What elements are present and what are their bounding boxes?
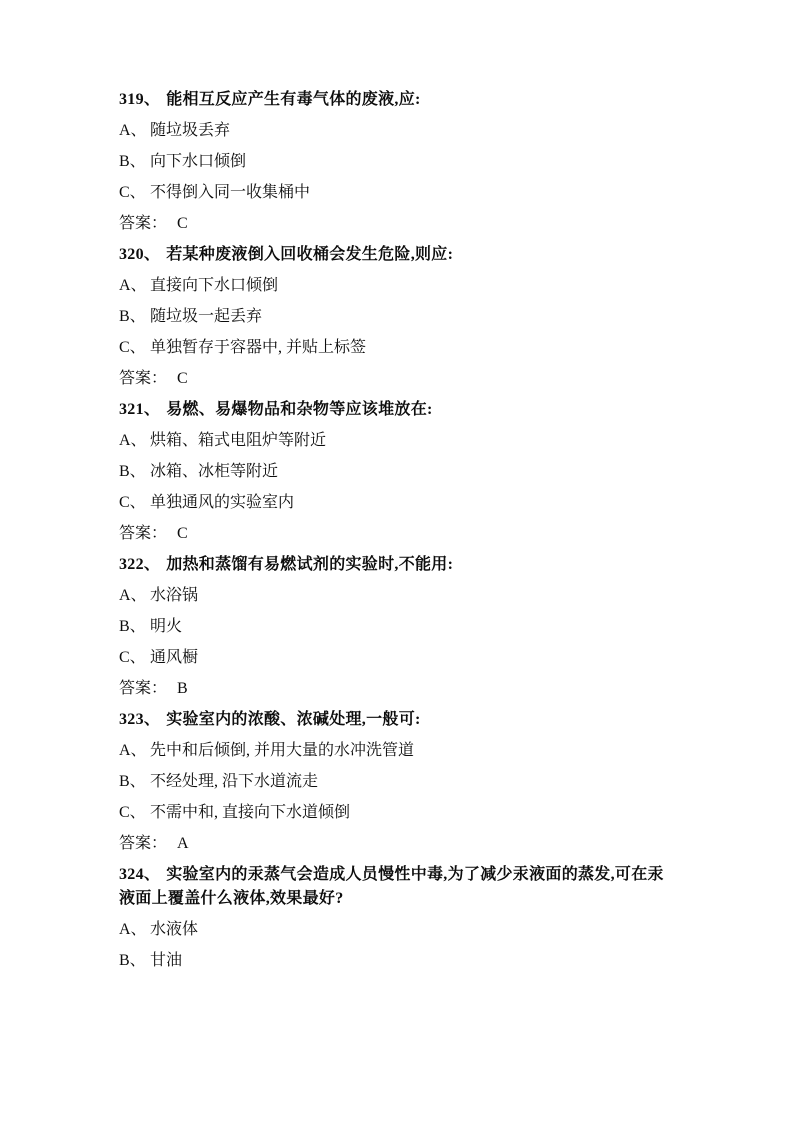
question-text: 易燃、易爆物品和杂物等应该堆放在:	[166, 401, 432, 418]
option-text: 甘油	[150, 952, 182, 969]
question-number: 319、	[119, 91, 160, 108]
question-text: 实验室内的汞蒸气会造成人员慢性中毒,为了减少汞液面的蒸发,可在汞液面上覆盖什么液…	[119, 866, 664, 907]
option-row: A、水浴锅	[119, 584, 677, 608]
option-text: 明火	[150, 618, 182, 635]
option-letter: B、	[119, 305, 150, 329]
option-text: 先中和后倾倒, 并用大量的水冲洗管道	[150, 742, 414, 759]
question-list: 319、能相互反应产生有毒气体的废液,应: A、随垃圾丢弃 B、向下水口倾倒 C…	[119, 88, 677, 980]
option-text: 不经处理, 沿下水道流走	[150, 773, 318, 790]
option-row: C、单独通风的实验室内	[119, 491, 677, 515]
question-number: 323、	[119, 711, 160, 728]
option-row: C、单独暂存于容器中, 并贴上标签	[119, 336, 677, 360]
question-block: 320、若某种废液倒入回收桶会发生危险,则应: A、直接向下水口倾倒 B、随垃圾…	[119, 243, 677, 391]
option-letter: C、	[119, 491, 150, 515]
question-text: 加热和蒸馏有易燃试剂的实验时,不能用:	[166, 556, 453, 573]
answer-value: C	[177, 525, 188, 542]
option-text: 直接向下水口倾倒	[150, 277, 278, 294]
option-row: C、通风橱	[119, 646, 677, 670]
option-text: 通风橱	[150, 649, 198, 666]
option-row: B、甘油	[119, 949, 677, 973]
question-text: 实验室内的浓酸、浓碱处理,一般可:	[166, 711, 420, 728]
option-letter: C、	[119, 646, 150, 670]
option-letter: C、	[119, 801, 150, 825]
option-row: B、冰箱、冰柜等附近	[119, 460, 677, 484]
option-row: A、烘箱、箱式电阻炉等附近	[119, 429, 677, 453]
option-letter: B、	[119, 770, 150, 794]
option-text: 随垃圾丢弃	[150, 122, 230, 139]
question-block: 319、能相互反应产生有毒气体的废液,应: A、随垃圾丢弃 B、向下水口倾倒 C…	[119, 88, 677, 236]
question-text: 若某种废液倒入回收桶会发生危险,则应:	[166, 246, 453, 263]
option-letter: B、	[119, 150, 150, 174]
option-letter: A、	[119, 119, 150, 143]
question-number: 320、	[119, 246, 160, 263]
question-header: 321、易燃、易爆物品和杂物等应该堆放在:	[119, 398, 677, 422]
option-text: 不得倒入同一收集桶中	[150, 184, 310, 201]
answer-value: A	[177, 835, 189, 852]
answer-label: 答案：	[119, 212, 177, 236]
option-text: 不需中和, 直接向下水道倾倒	[150, 804, 350, 821]
option-text: 随垃圾一起丢弃	[150, 308, 262, 325]
answer-value: B	[177, 680, 188, 697]
question-header: 323、实验室内的浓酸、浓碱处理,一般可:	[119, 708, 677, 732]
option-letter: A、	[119, 429, 150, 453]
question-header: 322、加热和蒸馏有易燃试剂的实验时,不能用:	[119, 553, 677, 577]
option-letter: B、	[119, 615, 150, 639]
option-row: B、明火	[119, 615, 677, 639]
answer-row: 答案：B	[119, 677, 677, 701]
document-page: 319、能相互反应产生有毒气体的废液,应: A、随垃圾丢弃 B、向下水口倾倒 C…	[0, 0, 793, 1122]
answer-row: 答案：A	[119, 832, 677, 856]
question-block: 321、易燃、易爆物品和杂物等应该堆放在: A、烘箱、箱式电阻炉等附近 B、冰箱…	[119, 398, 677, 546]
option-letter: A、	[119, 918, 150, 942]
option-row: B、不经处理, 沿下水道流走	[119, 770, 677, 794]
question-header: 320、若某种废液倒入回收桶会发生危险,则应:	[119, 243, 677, 267]
question-block: 322、加热和蒸馏有易燃试剂的实验时,不能用: A、水浴锅 B、明火 C、通风橱…	[119, 553, 677, 701]
option-letter: A、	[119, 274, 150, 298]
option-text: 单独暂存于容器中, 并贴上标签	[150, 339, 366, 356]
answer-row: 答案：C	[119, 367, 677, 391]
option-row: C、不得倒入同一收集桶中	[119, 181, 677, 205]
option-text: 单独通风的实验室内	[150, 494, 294, 511]
option-text: 向下水口倾倒	[150, 153, 246, 170]
option-text: 烘箱、箱式电阻炉等附近	[150, 432, 326, 449]
answer-value: C	[177, 215, 188, 232]
answer-label: 答案：	[119, 522, 177, 546]
option-letter: B、	[119, 949, 150, 973]
option-text: 冰箱、冰柜等附近	[150, 463, 278, 480]
question-number: 322、	[119, 556, 160, 573]
question-block: 323、实验室内的浓酸、浓碱处理,一般可: A、先中和后倾倒, 并用大量的水冲洗…	[119, 708, 677, 856]
question-header: 324、实验室内的汞蒸气会造成人员慢性中毒,为了减少汞液面的蒸发,可在汞液面上覆…	[119, 863, 677, 911]
option-letter: C、	[119, 181, 150, 205]
option-text: 水浴锅	[150, 587, 198, 604]
question-header: 319、能相互反应产生有毒气体的废液,应:	[119, 88, 677, 112]
answer-value: C	[177, 370, 188, 387]
option-row: A、随垃圾丢弃	[119, 119, 677, 143]
option-row: A、水液体	[119, 918, 677, 942]
option-letter: A、	[119, 739, 150, 763]
question-number: 321、	[119, 401, 160, 418]
option-row: A、直接向下水口倾倒	[119, 274, 677, 298]
answer-label: 答案：	[119, 832, 177, 856]
answer-row: 答案：C	[119, 522, 677, 546]
option-letter: C、	[119, 336, 150, 360]
question-block: 324、实验室内的汞蒸气会造成人员慢性中毒,为了减少汞液面的蒸发,可在汞液面上覆…	[119, 863, 677, 973]
option-row: B、向下水口倾倒	[119, 150, 677, 174]
question-text: 能相互反应产生有毒气体的废液,应:	[166, 91, 420, 108]
answer-label: 答案：	[119, 677, 177, 701]
option-letter: B、	[119, 460, 150, 484]
answer-row: 答案：C	[119, 212, 677, 236]
option-row: B、随垃圾一起丢弃	[119, 305, 677, 329]
question-number: 324、	[119, 866, 160, 883]
option-row: A、先中和后倾倒, 并用大量的水冲洗管道	[119, 739, 677, 763]
answer-label: 答案：	[119, 367, 177, 391]
option-row: C、不需中和, 直接向下水道倾倒	[119, 801, 677, 825]
option-letter: A、	[119, 584, 150, 608]
option-text: 水液体	[150, 921, 198, 938]
